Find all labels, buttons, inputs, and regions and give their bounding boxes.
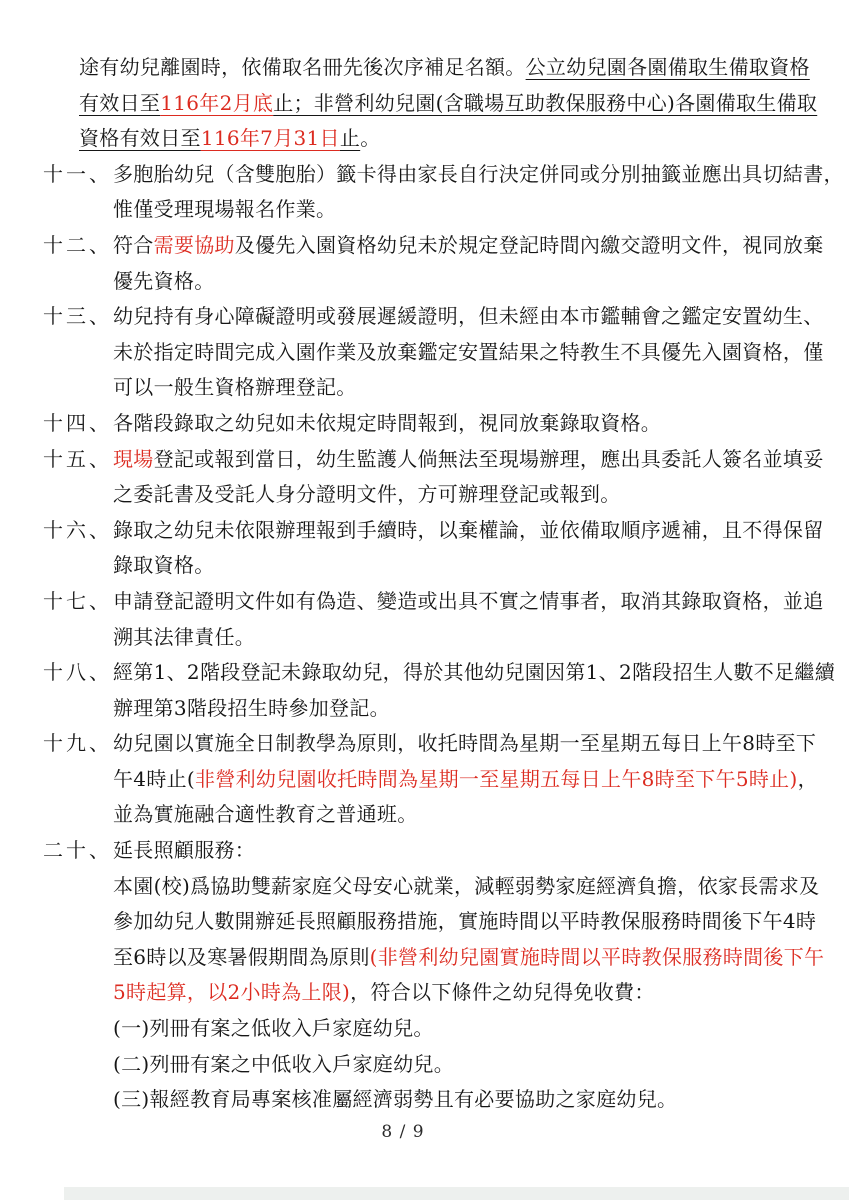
- text-run: 需要協助: [154, 233, 235, 257]
- document-body: 途有幼兒離園時，依備取名冊先後次序補足名額。公立幼兒園各園備取生備取資格有效日至…: [43, 50, 813, 1118]
- text-run: 登記或報到當日，幼生監護人倘無法至現場辦理，應出具委託人簽名並填妥: [154, 447, 824, 471]
- item-number-label: 二十、: [43, 833, 113, 869]
- text-run: 經第1、2階段登記未錄取幼兒，得於其他幼兒園因第1、2階段招生人數不足繼續: [113, 660, 835, 684]
- text-run: (三)報經教育局專案核准屬經濟弱勢且有必要協助之家庭幼兒。: [113, 1087, 677, 1111]
- text-run: 非營利幼兒園收托時間為星期一至星期五每日上午8時至下午5時止): [195, 767, 798, 791]
- text-line: 本園(校)爲協助雙薪家庭父母安心就業，減輕弱勢家庭經濟負擔，依家長需求及: [113, 869, 813, 905]
- text-run: 有效日至: [79, 91, 160, 115]
- text-run: (一)列冊有案之低收入戶家庭幼兒。: [113, 1016, 434, 1040]
- text-run: 惟僅受理現場報名作業。: [113, 197, 336, 221]
- text-run: 延長照顧服務：: [113, 838, 255, 862]
- text-run: 辦理第3階段招生時參加登記。: [113, 696, 390, 720]
- text-line: 並為實施融合適性教育之普通班。: [113, 797, 813, 833]
- text-run: 止: [340, 126, 360, 150]
- text-run: 幼兒園以實施全日制教學為原則，收托時間為星期一至星期五每日上午8時至下: [113, 731, 816, 755]
- text-line: 辦理第3階段招生時參加登記。: [113, 691, 813, 727]
- text-line: 多胞胎幼兒（含雙胞胎）籤卡得由家長自行決定併同或分別抽籤並應出具切結書，: [113, 157, 813, 193]
- page-number: 8 / 9: [43, 1122, 763, 1142]
- text-line: 優先資格。: [113, 264, 813, 300]
- text-line: 5時起算，以2小時為上限)，符合以下條件之幼兒得免收費：: [113, 975, 813, 1011]
- text-run: 。: [360, 126, 380, 150]
- text-line: 各階段錄取之幼兒如未依規定時間報到，視同放棄錄取資格。: [113, 406, 813, 442]
- item-11: 十一、多胞胎幼兒（含雙胞胎）籤卡得由家長自行決定併同或分別抽籤並應出具切結書，惟…: [43, 157, 813, 228]
- text-run: 及優先入園資格幼兒未於規定登記時間內繳交證明文件，視同放棄: [235, 233, 824, 257]
- text-run: 116年7月31日: [201, 126, 340, 150]
- text-line: 幼兒園以實施全日制教學為原則，收托時間為星期一至星期五每日上午8時至下: [113, 726, 813, 762]
- item-20-sub-3: (三)報經教育局專案核准屬經濟弱勢且有必要協助之家庭幼兒。: [43, 1082, 813, 1118]
- text-line: 可以一般生資格辦理登記。: [113, 370, 813, 406]
- text-run: 錄取之幼兒未依限辦理報到手續時，以棄權論，並依備取順序遞補，且不得保留: [113, 518, 824, 542]
- text-line: (二)列冊有案之中低收入戶家庭幼兒。: [113, 1047, 813, 1083]
- document-page: 途有幼兒離園時，依備取名冊先後次序補足名額。公立幼兒園各園備取生備取資格有效日至…: [0, 0, 849, 1200]
- text-run: 公立幼兒園各園備取生備取資格: [526, 55, 810, 79]
- text-run: 各階段錄取之幼兒如未依規定時間報到，視同放棄錄取資格。: [113, 411, 661, 435]
- item-number-label: 十五、: [43, 442, 113, 478]
- text-line: 符合需要協助及優先入園資格幼兒未於規定登記時間內繳交證明文件，視同放棄: [113, 228, 813, 264]
- text-line: 資格有效日至116年7月31日止。: [79, 121, 813, 157]
- item-number-label: 十六、: [43, 513, 113, 549]
- text-line: 午4時止(非營利幼兒園收托時間為星期一至星期五每日上午8時至下午5時止)，: [113, 762, 813, 798]
- text-line: 惟僅受理現場報名作業。: [113, 192, 813, 228]
- text-run: 之委託書及受託人身分證明文件，方可辦理登記或報到。: [113, 482, 621, 506]
- item-14: 十四、各階段錄取之幼兒如未依規定時間報到，視同放棄錄取資格。: [43, 406, 813, 442]
- next-page-edge: [64, 1187, 849, 1200]
- text-line: 未於指定時間完成入園作業及放棄鑑定安置結果之特教生不具優先入園資格，僅: [113, 335, 813, 371]
- text-run: 申請登記證明文件如有偽造、變造或出具不實之情事者，取消其錄取資格，並追: [113, 589, 824, 613]
- text-run: 多胞胎幼兒（含雙胞胎）籤卡得由家長自行決定併同或分別抽籤並應出具切結書，: [113, 162, 844, 186]
- text-line: 經第1、2階段登記未錄取幼兒，得於其他幼兒園因第1、2階段招生人數不足繼續: [113, 655, 813, 691]
- text-line: 至6時以及寒暑假期間為原則(非營利幼兒園實施時間以平時教保服務時間後下午: [113, 940, 813, 976]
- item-number-label: 十二、: [43, 228, 113, 264]
- item-number-label: 十八、: [43, 655, 113, 691]
- text-run: (非營利幼兒園實施時間以平時教保服務時間後下午: [370, 945, 825, 969]
- text-run: 午4時止(: [113, 767, 195, 791]
- text-run: 止；非營利幼兒園(含職場互助教保服務中心)各園備取生備取: [273, 91, 817, 115]
- text-run: 錄取資格。: [113, 553, 215, 577]
- item-10-continuation: 途有幼兒離園時，依備取名冊先後次序補足名額。公立幼兒園各園備取生備取資格有效日至…: [43, 50, 813, 157]
- text-line: 溯其法律責任。: [113, 620, 813, 656]
- text-run: 本園(校)爲協助雙薪家庭父母安心就業，減輕弱勢家庭經濟負擔，依家長需求及: [113, 874, 819, 898]
- text-line: 參加幼兒人數開辦延長照顧服務措施，實施時間以平時教保服務時間後下午4時: [113, 904, 813, 940]
- item-number-label: 十四、: [43, 406, 113, 442]
- text-run: 幼兒持有身心障礙證明或發展遲緩證明，但未經由本市鑑輔會之鑑定安置幼生、: [113, 304, 824, 328]
- text-run: 資格有效日至: [79, 126, 201, 150]
- item-20-sub-1: (一)列冊有案之低收入戶家庭幼兒。: [43, 1011, 813, 1047]
- text-run: 現場: [113, 447, 154, 471]
- text-run: (二)列冊有案之中低收入戶家庭幼兒。: [113, 1052, 454, 1076]
- text-run: 符合: [113, 233, 154, 257]
- text-line: 幼兒持有身心障礙證明或發展遲緩證明，但未經由本市鑑輔會之鑑定安置幼生、: [113, 299, 813, 335]
- text-run: 116年2月底: [160, 91, 273, 115]
- item-number-label: 十三、: [43, 299, 113, 335]
- text-line: 有效日至116年2月底止；非營利幼兒園(含職場互助教保服務中心)各園備取生備取: [79, 86, 813, 122]
- text-line: 錄取資格。: [113, 548, 813, 584]
- item-number-label: 十一、: [43, 157, 113, 193]
- text-line: (三)報經教育局專案核准屬經濟弱勢且有必要協助之家庭幼兒。: [113, 1082, 813, 1118]
- text-run: 可以一般生資格辦理登記。: [113, 375, 357, 399]
- item-20-sub-2: (二)列冊有案之中低收入戶家庭幼兒。: [43, 1047, 813, 1083]
- text-line: 途有幼兒離園時，依備取名冊先後次序補足名額。公立幼兒園各園備取生備取資格: [79, 50, 813, 86]
- text-run: 溯其法律責任。: [113, 625, 255, 649]
- text-run: ，符合以下條件之幼兒得免收費：: [350, 980, 655, 1004]
- item-13: 十三、幼兒持有身心障礙證明或發展遲緩證明，但未經由本市鑑輔會之鑑定安置幼生、未於…: [43, 299, 813, 406]
- text-run: 途有幼兒離園時，依備取名冊先後次序補足名額。: [79, 55, 526, 79]
- text-line: 之委託書及受託人身分證明文件，方可辦理登記或報到。: [113, 477, 813, 513]
- text-line: 延長照顧服務：: [113, 833, 813, 869]
- text-run: 至6時以及寒暑假期間為原則: [113, 945, 370, 969]
- item-12: 十二、符合需要協助及優先入園資格幼兒未於規定登記時間內繳交證明文件，視同放棄優先…: [43, 228, 813, 299]
- text-run: 5時起算，以2小時為上限): [113, 980, 350, 1004]
- text-run: 未於指定時間完成入園作業及放棄鑑定安置結果之特教生不具優先入園資格，僅: [113, 340, 824, 364]
- item-number-label: 十七、: [43, 584, 113, 620]
- item-number-label: 十九、: [43, 726, 113, 762]
- text-run: ，: [798, 767, 818, 791]
- item-20-body: 本園(校)爲協助雙薪家庭父母安心就業，減輕弱勢家庭經濟負擔，依家長需求及參加幼兒…: [43, 869, 813, 1011]
- item-15: 十五、現場登記或報到當日，幼生監護人倘無法至現場辦理，應出具委託人簽名並填妥之委…: [43, 442, 813, 513]
- item-20: 二十、延長照顧服務：: [43, 833, 813, 869]
- text-run: 優先資格。: [113, 269, 215, 293]
- text-run: 並為實施融合適性教育之普通班。: [113, 802, 418, 826]
- text-line: 申請登記證明文件如有偽造、變造或出具不實之情事者，取消其錄取資格，並追: [113, 584, 813, 620]
- item-19: 十九、幼兒園以實施全日制教學為原則，收托時間為星期一至星期五每日上午8時至下午4…: [43, 726, 813, 833]
- item-18: 十八、經第1、2階段登記未錄取幼兒，得於其他幼兒園因第1、2階段招生人數不足繼續…: [43, 655, 813, 726]
- text-line: 現場登記或報到當日，幼生監護人倘無法至現場辦理，應出具委託人簽名並填妥: [113, 442, 813, 478]
- item-17: 十七、申請登記證明文件如有偽造、變造或出具不實之情事者，取消其錄取資格，並追溯其…: [43, 584, 813, 655]
- text-line: (一)列冊有案之低收入戶家庭幼兒。: [113, 1011, 813, 1047]
- text-run: 參加幼兒人數開辦延長照顧服務措施，實施時間以平時教保服務時間後下午4時: [113, 909, 816, 933]
- text-line: 錄取之幼兒未依限辦理報到手續時，以棄權論，並依備取順序遞補，且不得保留: [113, 513, 813, 549]
- item-16: 十六、錄取之幼兒未依限辦理報到手續時，以棄權論，並依備取順序遞補，且不得保留錄取…: [43, 513, 813, 584]
